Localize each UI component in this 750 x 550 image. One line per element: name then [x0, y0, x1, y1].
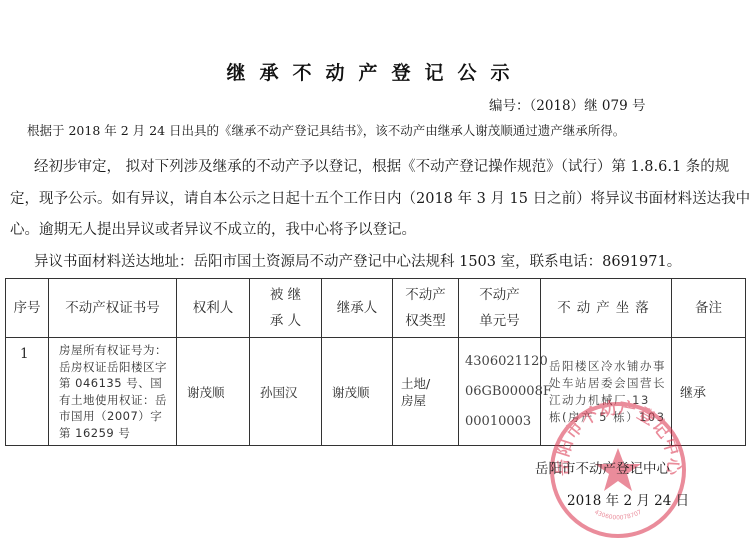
header-decedent: 被 继 承 人 [250, 279, 322, 338]
review-paragraph-line-1: 经初步审定， 拟对下列涉及继承的不动产予以登记，根据《不动产登记操作规范》（试行… [34, 155, 729, 176]
header-no: 序号 [6, 279, 49, 338]
header-note: 备注 [672, 279, 746, 338]
review-paragraph-line-2: 定，现予公示。如有异议，请自本公示之日起十五个工作日内（2018 年 3 月 1… [10, 187, 750, 208]
header-decedent-line-1: 被 继 [250, 282, 321, 308]
header-owner: 权利人 [177, 279, 250, 338]
svg-text:4306000078707: 4306000078707 [593, 509, 643, 522]
signature-organization: 岳阳市不动产登记中心 [535, 457, 670, 477]
page-title: 继承不动产登记公示 [0, 58, 750, 85]
objection-address: 异议书面材料送达地址：岳阳市国土资源局不动产登记中心法规科 1503 室，联系电… [34, 250, 681, 271]
intro-paragraph: 根据于 2018 年 2 月 24 日出具的《继承不动产登记具结书》，该不动产由… [27, 121, 625, 139]
signature-date: 2018 年 2 月 24 日 [567, 489, 689, 509]
header-decedent-line-2: 承 人 [250, 308, 321, 334]
header-right-type: 不动产 权类型 [393, 279, 459, 338]
document-number: 编号：（2018）继 079 号 [489, 94, 645, 114]
cell-right-type-line-2: 房屋 [401, 392, 458, 409]
cell-unit-no-line-3: 00010003 [465, 407, 540, 437]
cell-no: 1 [6, 338, 49, 446]
cell-cert: 房屋所有权证号为：岳房权证岳阳楼区字第 046135 号、国有土地使用权证：岳市… [49, 338, 177, 446]
seal-serial: 4306000078707 [593, 509, 643, 522]
header-unit-no-line-2: 单元号 [459, 308, 540, 334]
table-header-row: 序号 不动产权证书号 权利人 被 继 承 人 继承人 不动产 权类型 不动产 单… [6, 279, 746, 338]
header-right-type-line-2: 权类型 [393, 308, 458, 334]
header-location: 不动产坐落 [541, 279, 672, 338]
cell-unit-no-line-2: 06GB00008F [465, 377, 540, 407]
header-unit-no-line-1: 不动产 [459, 282, 540, 308]
cell-heir: 谢茂顺 [322, 338, 393, 446]
cell-decedent: 孙国汉 [250, 338, 322, 446]
header-right-type-line-1: 不动产 [393, 282, 458, 308]
cell-right-type-line-1: 土地/ [401, 375, 458, 392]
header-heir: 继承人 [322, 279, 393, 338]
cell-owner: 谢茂顺 [177, 338, 250, 446]
review-paragraph-line-3: 心。逾期无人提出异议或者异议不成立的，我中心将予以登记。 [10, 218, 416, 239]
cell-unit-no: 4306021120 06GB00008F 00010003 [459, 338, 541, 446]
header-cert: 不动产权证书号 [49, 279, 177, 338]
header-unit-no: 不动产 单元号 [459, 279, 541, 338]
cell-right-type: 土地/ 房屋 [393, 338, 459, 446]
cell-unit-no-line-1: 4306021120 [465, 347, 540, 377]
